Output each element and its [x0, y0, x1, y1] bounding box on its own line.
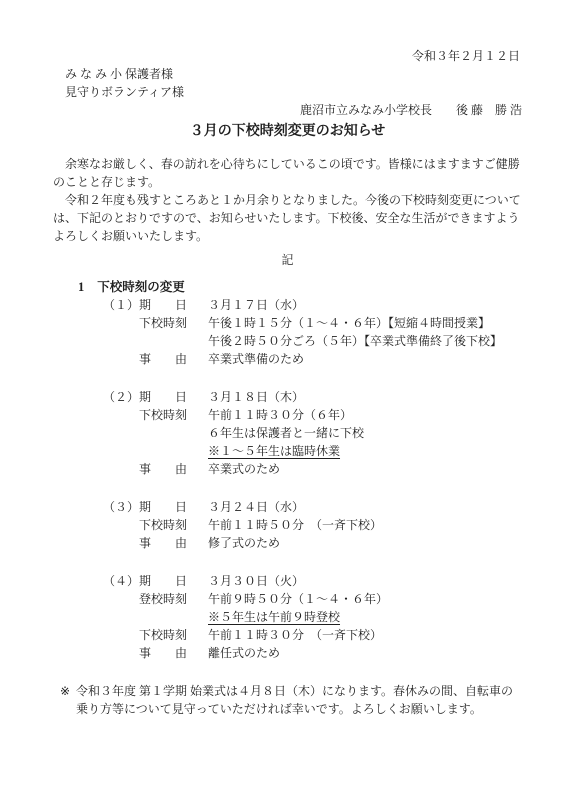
item-number: （１） [103, 296, 139, 314]
schedule-row: 登校時刻 午前９時５０分（１～４・６年） [103, 590, 522, 608]
row-value: 午前１１時３０分（６年） [208, 406, 522, 424]
row-value: ３月３０日（火） [208, 572, 522, 590]
row-label: 事 由 [139, 350, 208, 368]
section-heading-text: 下校時刻の変更 [97, 280, 185, 294]
row-value-underlined: ※５年生は午前９時登校 [208, 608, 522, 626]
row-value: 午後２時５０分ごろ（５年）【卒業式準備終了後下校】 [208, 332, 522, 350]
schedule-row: 下校時刻 午後１時１５分（１～４・６年）【短縮４時間授業】 [103, 314, 522, 332]
row-value: 修了式のため [208, 534, 522, 552]
schedule-row: （４） 期 日 ３月３０日（火） [103, 572, 522, 590]
footnote: ※ 令和３年度 第１学期 始業式は４月８日（木）になります。春休みの間、自転車の… [60, 682, 522, 718]
recipient-volunteers: 見守りボランティア様 [53, 83, 522, 101]
schedule-item-1: （１） 期 日 ３月１７日（水） 下校時刻 午後１時１５分（１～４・６年）【短縮… [103, 296, 522, 368]
row-label: 下校時刻 [139, 314, 208, 332]
sender-principal: 鹿沼市立みなみ小学校長 後 藤 勝 浩 [53, 101, 522, 119]
schedule-item-3: （３） 期 日 ３月２４日（水） 下校時刻 午前１１時５０分 （一斉下校） 事 … [103, 498, 522, 552]
schedule-row: 事 由 卒業式準備のため [103, 350, 522, 368]
row-value: 卒業式準備のため [208, 350, 522, 368]
schedule-row: ※１～５年生は臨時休業 [103, 442, 522, 460]
record-marker: 記 [53, 251, 522, 269]
schedule-row: 事 由 修了式のため [103, 534, 522, 552]
document-title: ３月の下校時刻変更のお知らせ [53, 122, 522, 142]
schedule-row: （３） 期 日 ３月２４日（水） [103, 498, 522, 516]
schedule-row: 午後２時５０分ごろ（５年）【卒業式準備終了後下校】 [103, 332, 522, 350]
schedule-row: ６年生は保護者と一緒に下校 [103, 424, 522, 442]
footnote-text: 令和３年度 第１学期 始業式は４月８日（木）になります。春休みの間、自転車の乗り… [76, 682, 520, 718]
row-value: ３月２４日（水） [208, 498, 522, 516]
schedule-row: 下校時刻 午前１１時３０分（６年） [103, 406, 522, 424]
row-label: 登校時刻 [139, 590, 208, 608]
row-value: 午前１１時５０分 （一斉下校） [208, 516, 522, 534]
row-label: 事 由 [139, 644, 208, 662]
row-value: 午後１時１５分（１～４・６年）【短縮４時間授業】 [208, 314, 522, 332]
row-value-underlined: ※１～５年生は臨時休業 [208, 442, 522, 460]
row-label: 下校時刻 [139, 406, 208, 424]
row-label: 下校時刻 [139, 516, 208, 534]
schedule-row: 事 由 卒業式のため [103, 460, 522, 478]
item-number: （３） [103, 498, 139, 516]
item-number: （４） [103, 572, 139, 590]
schedule-row: 下校時刻 午前１１時３０分 （一斉下校） [103, 626, 522, 644]
row-label: 期 日 [139, 296, 208, 314]
row-label: 期 日 [139, 498, 208, 516]
row-value: ６年生は保護者と一緒に下校 [208, 424, 522, 442]
row-label: 事 由 [139, 534, 208, 552]
schedule-row: 事 由 離任式のため [103, 644, 522, 662]
schedule-row: （２） 期 日 ３月１８日（木） [103, 388, 522, 406]
row-value: ３月１７日（水） [208, 296, 522, 314]
document-page: 令和３年２月１２日 み な み 小 保護者様 見守りボランティア様 鹿沼市立みな… [0, 0, 566, 800]
document-date: 令和３年２月１２日 [53, 47, 522, 65]
footnote-marker: ※ [60, 682, 76, 718]
row-label: 事 由 [139, 460, 208, 478]
row-value: 卒業式のため [208, 460, 522, 478]
greeting-paragraph: 余寒なお厳しく、春の訪れを心待ちにしているこの頃です。皆様にはますますご健勝のこ… [53, 155, 522, 191]
section-number: 1 [78, 278, 84, 296]
schedule-row: 下校時刻 午前１１時５０分 （一斉下校） [103, 516, 522, 534]
row-value: 午前９時５０分（１～４・６年） [208, 590, 522, 608]
schedule-item-4: （４） 期 日 ３月３０日（火） 登校時刻 午前９時５０分（１～４・６年） ※５… [103, 572, 522, 662]
row-label: 下校時刻 [139, 626, 208, 644]
row-value: ３月１８日（木） [208, 388, 522, 406]
schedule-row: ※５年生は午前９時登校 [103, 608, 522, 626]
schedule-row: （１） 期 日 ３月１７日（水） [103, 296, 522, 314]
row-value: 午前１１時３０分 （一斉下校） [208, 626, 522, 644]
section-heading: 1下校時刻の変更 [78, 278, 522, 296]
item-number: （２） [103, 388, 139, 406]
schedule-item-2: （２） 期 日 ３月１８日（木） 下校時刻 午前１１時３０分（６年） ６年生は保… [103, 388, 522, 478]
row-value: 離任式のため [208, 644, 522, 662]
notice-paragraph: 令和２年度も残すところあと１か月余りとなりました。今後の下校時刻変更については、… [53, 191, 522, 245]
recipient-parents: み な み 小 保護者様 [53, 65, 522, 83]
row-label: 期 日 [139, 388, 208, 406]
row-label: 期 日 [139, 572, 208, 590]
